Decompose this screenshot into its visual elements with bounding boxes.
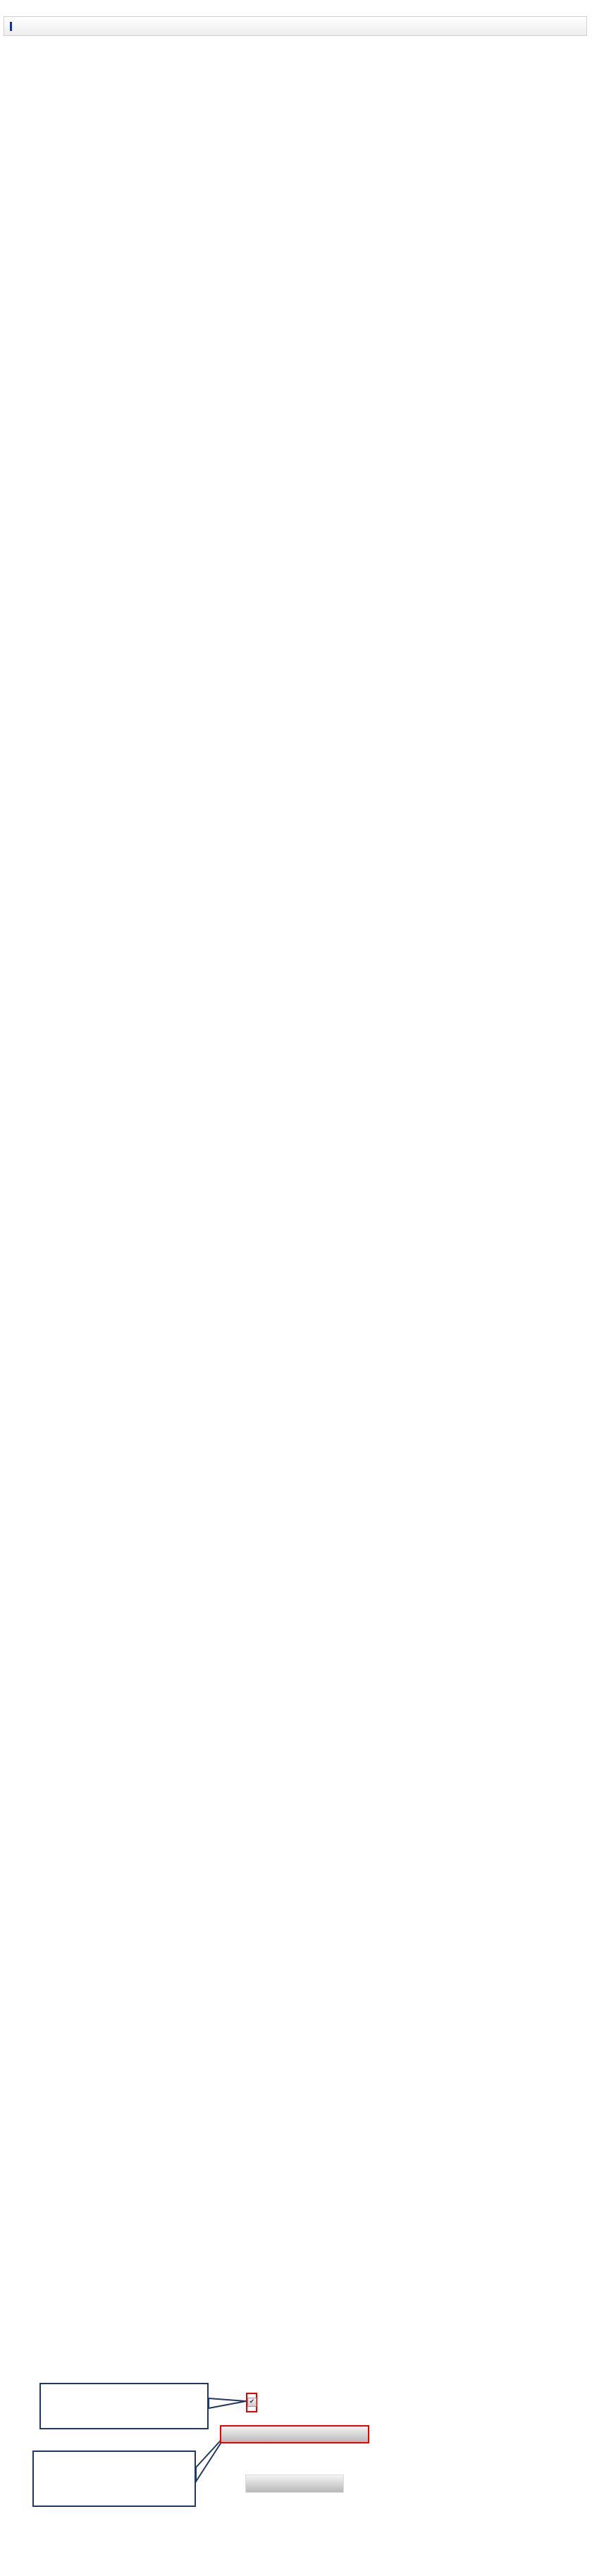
callout-checkbox-instruction [39, 2383, 209, 2429]
checkmark-icon: ✔ [249, 2398, 255, 2405]
agreement-area: ✔ [0, 2383, 592, 2524]
checkbox-highlight: ✔ [246, 2393, 257, 2412]
title-marker-icon [10, 22, 12, 31]
agree-checkbox[interactable]: ✔ [247, 2398, 257, 2407]
page-title-bar [4, 16, 587, 36]
agree-register-button[interactable] [220, 2425, 369, 2443]
callout-button-instruction [32, 2451, 196, 2507]
login-page-button[interactable] [245, 2474, 344, 2493]
